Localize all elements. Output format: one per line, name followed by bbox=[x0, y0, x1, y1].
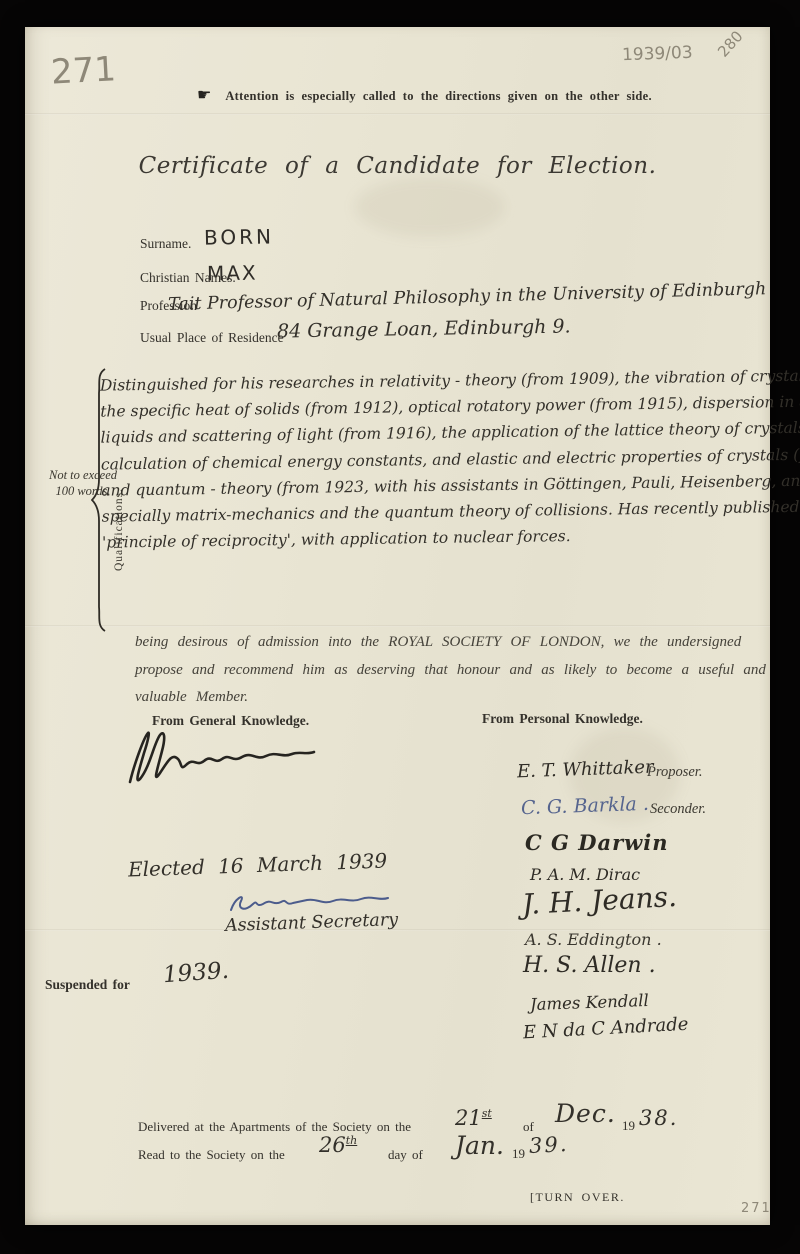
delivered-year: 38. bbox=[639, 1106, 678, 1130]
christian-names-value: MAX bbox=[207, 261, 258, 286]
declaration-paragraph: being desirous of admission into the ROY… bbox=[135, 629, 766, 712]
residence-label: Usual Place of Residence bbox=[140, 330, 284, 346]
declaration-line: being desirous of admission into the ROY… bbox=[135, 629, 766, 657]
surname-label: Surname. bbox=[140, 236, 191, 252]
pencil-bottom-page-number: 271 bbox=[741, 1201, 772, 1216]
manicule-icon: ☛ bbox=[197, 87, 211, 104]
read-month: Jan. bbox=[455, 1131, 504, 1160]
illegible-signature-general-knowledge bbox=[120, 727, 335, 789]
pencil-corner-number: 280 bbox=[714, 27, 747, 60]
attention-text: Attention is especially called to the di… bbox=[225, 89, 652, 103]
read-year: 39. bbox=[528, 1132, 569, 1158]
personal-knowledge-heading: From Personal Knowledge. bbox=[482, 711, 643, 727]
page-title: Certificate of a Candidate for Election. bbox=[25, 153, 770, 179]
attention-line: ☛ Attention is especially called to the … bbox=[197, 85, 652, 105]
fold-crease bbox=[25, 113, 770, 115]
elected-note: Elected 16 March 1939 bbox=[128, 848, 388, 881]
turn-over-note: [TURN OVER. bbox=[530, 1190, 625, 1205]
signature-dirac: P. A. M. Dirac bbox=[530, 865, 640, 884]
suspended-value: 1939. bbox=[162, 958, 230, 989]
ink-showthrough bbox=[355, 177, 505, 237]
signature-eddington: A. S. Eddington . bbox=[525, 930, 662, 949]
residence-value: 84 Grange Loan, Edinburgh 9. bbox=[277, 315, 571, 342]
signature-whittaker: E. T. Whittaker bbox=[517, 757, 654, 783]
suspended-label: Suspended for bbox=[45, 977, 130, 993]
fold-crease bbox=[25, 625, 770, 627]
proposer-label: Proposer. bbox=[647, 764, 702, 781]
certificate-page: 271 1939/03 280 ☛ Attention is especiall… bbox=[25, 27, 770, 1225]
signature-darwin: C G Darwin bbox=[525, 830, 668, 855]
pencil-page-number: 271 bbox=[50, 49, 117, 92]
read-dayof-label: day of bbox=[388, 1147, 423, 1163]
delivered-of-label: of bbox=[523, 1119, 534, 1135]
surname-value: BORN bbox=[204, 224, 274, 249]
signature-jeans: J. H. Jeans. bbox=[521, 880, 677, 921]
signature-kendall: James Kendall bbox=[530, 991, 649, 1014]
photograph-background: { "annotations": { "top_left_number": "2… bbox=[0, 0, 800, 1254]
delivered-line-label: Delivered at the Apartments of the Socie… bbox=[138, 1119, 411, 1135]
pencil-archive-ref: 1939/03 bbox=[622, 43, 693, 65]
signature-andrade: E N da C Andrade bbox=[523, 1014, 689, 1044]
declaration-line: valuable Member. bbox=[135, 684, 766, 712]
signature-barkla: C. G. Barkla . bbox=[521, 793, 650, 819]
delivered-month: Dec. bbox=[555, 1099, 616, 1128]
read-century: 19 bbox=[512, 1146, 525, 1162]
qualifications-text: Distinguished for his researches in rela… bbox=[100, 365, 800, 559]
signature-allen: H. S. Allen . bbox=[523, 953, 656, 978]
seconder-label: Seconder. bbox=[650, 801, 706, 818]
read-day: 26th bbox=[319, 1133, 357, 1157]
delivered-century: 19 bbox=[622, 1118, 635, 1134]
declaration-line: propose and recommend him as deserving t… bbox=[135, 657, 766, 685]
read-line-label: Read to the Society on the bbox=[138, 1147, 285, 1163]
delivered-day: 21st bbox=[455, 1106, 492, 1130]
